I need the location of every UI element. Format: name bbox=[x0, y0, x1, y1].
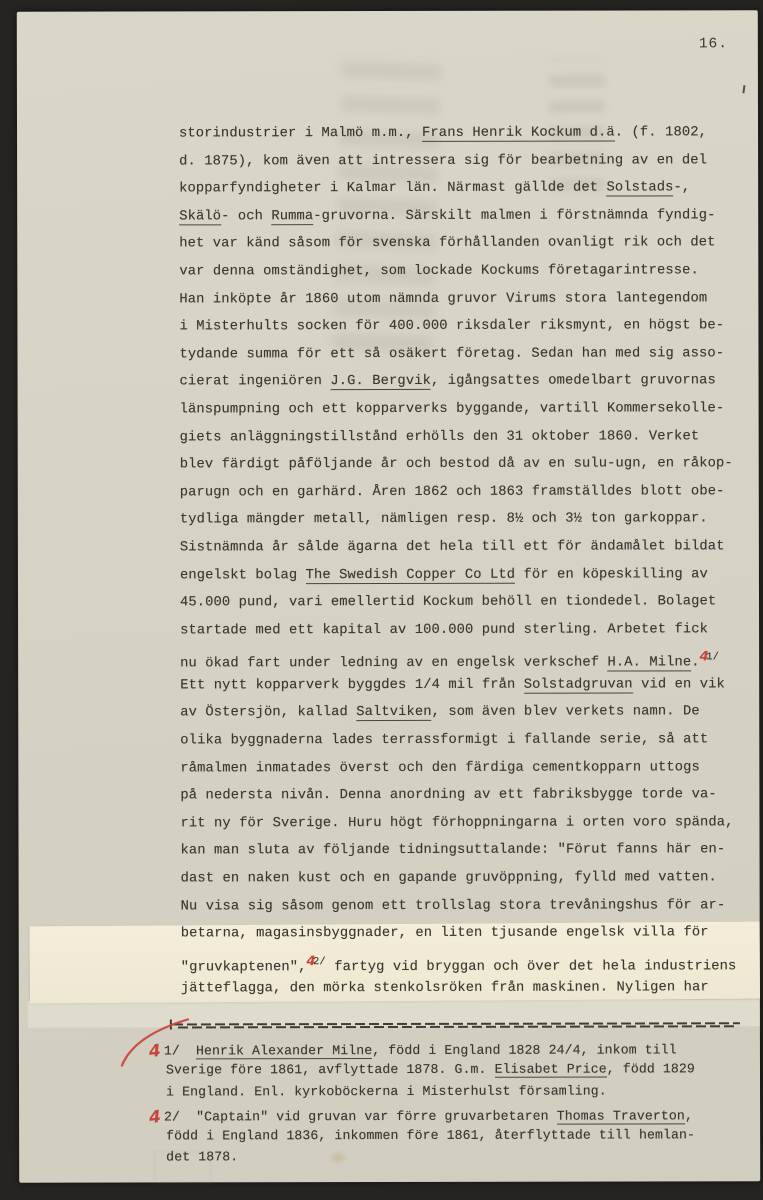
text-line: i Misterhults socken för 400.000 riksdal… bbox=[179, 318, 735, 347]
text-line: betarna, magasinsbyggnader, en liten tju… bbox=[181, 925, 737, 954]
text-line: blev färdigt påföljande år och bestod då… bbox=[180, 456, 736, 485]
underlined-text-segment: Saltviken bbox=[356, 705, 431, 721]
text-line: 41/ Henrik Alexander Milne, född i Engla… bbox=[166, 1040, 695, 1062]
text-segment: Han inköpte år 1860 utom nämnda gruvor V… bbox=[179, 291, 707, 307]
underlined-text-segment: Frans Henrik Kockum d.ä bbox=[422, 126, 615, 142]
text-segment: rit ny för Sverige. Huru högt förhoppnin… bbox=[180, 815, 733, 831]
text-line: olika byggnaderna lades terrassformigt i… bbox=[180, 732, 736, 761]
text-line: 45.000 pund, vari emellertid Kockum behö… bbox=[180, 594, 736, 623]
text-segment: dast en naken kust och en gapande gruvöp… bbox=[181, 870, 717, 886]
text-segment: Sverige före 1861, avflyttade 1878. G.m. bbox=[166, 1062, 495, 1078]
body-text: storindustrier i Malmö m.m., Frans Henri… bbox=[179, 125, 737, 1009]
text-line: 42/ "Captain" vid gruvan var förre gruva… bbox=[166, 1106, 695, 1128]
text-line: råmalmen inmatades överst och den färdig… bbox=[180, 760, 736, 789]
text-segment: blev färdigt påföljande år och bestod då… bbox=[180, 456, 733, 472]
text-line: var denna omständighet, som lockade Kock… bbox=[179, 263, 735, 292]
text-segment: , som även blev verkets namn. De bbox=[432, 705, 700, 721]
text-line: kan man sluta av följande tidningsuttala… bbox=[181, 843, 737, 872]
text-line: d. 1875), kom även att intressera sig fö… bbox=[179, 153, 735, 182]
text-line: nu ökad fart under ledning av en engelsk… bbox=[180, 650, 736, 679]
text-line: i England. Enl. kyrkoböckerna i Misterhu… bbox=[166, 1083, 695, 1105]
text-segment: länspumpning och ett kopparverks byggand… bbox=[180, 401, 725, 417]
text-segment: vid en vik bbox=[633, 677, 725, 692]
text-line: länspumpning och ett kopparverks byggand… bbox=[180, 401, 736, 430]
document-page: 16. storindustrier i Malmö m.m., Frans H… bbox=[17, 10, 760, 1183]
text-line: parugn och en garhärd. Åren 1862 och 186… bbox=[180, 484, 736, 513]
text-segment: råmalmen inmatades överst och den färdig… bbox=[180, 760, 700, 776]
underlined-text-segment: The Swedish Copper Co Ltd bbox=[306, 567, 516, 583]
page-number: 16. bbox=[699, 36, 728, 52]
underlined-text-segment: Solstads bbox=[606, 181, 673, 197]
text-segment: på nedersta nivån. Denna anordning av et… bbox=[180, 788, 716, 804]
text-line: dast en naken kust och en gapande gruvöp… bbox=[181, 870, 737, 899]
text-segment: , igångsattes omedelbart gruvornas bbox=[431, 374, 716, 390]
scan-background: 16. storindustrier i Malmö m.m., Frans H… bbox=[0, 0, 763, 1200]
text-line: tydande summa för ett så osäkert företag… bbox=[179, 346, 735, 375]
text-segment: kopparfyndigheter i Kalmar län. Närmast … bbox=[179, 181, 606, 197]
text-line: kopparfyndigheter i Kalmar län. Närmast … bbox=[179, 180, 735, 209]
text-segment: 2/ bbox=[313, 956, 326, 968]
footnote: 42/ "Captain" vid gruvan var förre gruva… bbox=[166, 1106, 695, 1171]
text-segment: Nu visa sig såsom genom ett trollslag st… bbox=[181, 898, 726, 914]
text-line: giets anläggningstillstånd erhölls den 3… bbox=[180, 429, 736, 458]
text-line: jätteflagga, den mörka stenkolsröken frå… bbox=[181, 981, 737, 1010]
text-segment: född i England 1836, inkommen före 1861,… bbox=[166, 1128, 695, 1144]
text-segment: cierat ingeniören bbox=[180, 374, 331, 389]
text-segment: . (f. 1802, bbox=[615, 125, 707, 140]
underlined-text-segment: Thomas Traverton bbox=[557, 1108, 685, 1124]
text-segment: jätteflagga, den mörka stenkolsröken frå… bbox=[181, 981, 709, 997]
footnote: 41/ Henrik Alexander Milne, född i Engla… bbox=[166, 1040, 695, 1105]
text-line: Sverige före 1861, avflyttade 1878. G.m.… bbox=[166, 1062, 695, 1084]
text-segment: d. 1875), kom även att intressera sig fö… bbox=[179, 153, 707, 169]
underlined-text-segment: Rumma bbox=[271, 209, 313, 225]
text-segment: var denna omständighet, som lockade Kock… bbox=[179, 263, 699, 279]
red-handwritten-annotation: 4 bbox=[148, 1041, 162, 1062]
text-segment: Sistnämnda år sålde ägarna det hela till… bbox=[180, 539, 725, 555]
text-segment: 1/ bbox=[706, 652, 719, 664]
underlined-text-segment: J.G. Bergvik bbox=[330, 374, 431, 390]
underlined-text-segment: Solstadgruvan bbox=[524, 677, 633, 693]
underlined-text-segment: Skälö bbox=[179, 209, 221, 225]
text-line: storindustrier i Malmö m.m., Frans Henri… bbox=[179, 125, 735, 154]
text-segment: , bbox=[685, 1108, 693, 1123]
text-segment: 2/ "Captain" vid gruvan var förre gruvar… bbox=[164, 1109, 557, 1125]
text-segment: . bbox=[691, 656, 699, 671]
text-segment: i Misterhults socken för 400.000 riksdal… bbox=[179, 318, 724, 334]
text-segment: , född i England 1828 24/4, inkom till bbox=[372, 1042, 677, 1058]
text-segment: "gruvkaptenen", bbox=[181, 960, 307, 975]
separator-dash-row bbox=[178, 1025, 736, 1028]
text-segment: tydliga mängder metall, nämligen resp. 8… bbox=[180, 512, 708, 528]
footnote-list: 41/ Henrik Alexander Milne, född i Engla… bbox=[166, 1040, 695, 1173]
text-segment: -gruvorna. Särskilt malmen i förstnämnda… bbox=[313, 208, 715, 224]
paper-stain bbox=[328, 1150, 348, 1165]
text-segment: - och bbox=[221, 209, 271, 224]
text-segment: nu ökad fart under ledning av en engelsk… bbox=[180, 656, 607, 672]
text-segment: parugn och en garhärd. Åren 1862 och 186… bbox=[180, 484, 725, 500]
underlined-text-segment: H.A. Milne bbox=[607, 656, 691, 672]
text-line: på nedersta nivån. Denna anordning av et… bbox=[180, 788, 736, 817]
text-line: "gruvkaptenen",42/ fartyg vid bryggan oc… bbox=[181, 953, 737, 982]
footnote-separator bbox=[173, 1022, 740, 1028]
text-segment: -, bbox=[674, 181, 691, 196]
text-segment: engelskt bolag bbox=[180, 568, 306, 583]
text-line: tydliga mängder metall, nämligen resp. 8… bbox=[180, 512, 736, 541]
text-segment: 1/ bbox=[164, 1043, 196, 1058]
text-line: Ett nytt kopparverk byggdes 1/4 mil från… bbox=[180, 677, 736, 706]
text-segment: , född 1829 bbox=[607, 1062, 695, 1077]
text-segment: det 1878. bbox=[166, 1150, 238, 1165]
text-line: Han inköpte år 1860 utom nämnda gruvor V… bbox=[179, 291, 735, 320]
text-segment: i England. Enl. kyrkoböckerna i Misterhu… bbox=[166, 1083, 607, 1099]
text-line: startade med ett kapital av 100.000 pund… bbox=[180, 622, 736, 651]
text-line: av Östersjön, kallad Saltviken, som även… bbox=[180, 705, 736, 734]
text-segment: giets anläggningstillstånd erhölls den 3… bbox=[180, 429, 700, 445]
text-segment: storindustrier i Malmö m.m., bbox=[179, 126, 422, 142]
text-line: engelskt bolag The Swedish Copper Co Ltd… bbox=[180, 567, 736, 596]
text-line: född i England 1836, inkommen före 1861,… bbox=[166, 1128, 695, 1150]
text-segment: olika byggnaderna lades terrassformigt i… bbox=[180, 732, 708, 748]
text-segment: Ett nytt kopparverk byggdes 1/4 mil från bbox=[180, 678, 524, 694]
text-line: cierat ingeniören J.G. Bergvik, igångsat… bbox=[180, 374, 736, 403]
text-line: het var känd såsom för svenska förhållan… bbox=[179, 236, 735, 265]
text-segment: för en köpeskilling av bbox=[515, 567, 708, 582]
paper-edge-mark bbox=[742, 85, 745, 93]
text-line: Skälö- och Rumma-gruvorna. Särskilt malm… bbox=[179, 208, 735, 237]
text-segment: startade med ett kapital av 100.000 pund… bbox=[180, 622, 708, 638]
text-segment: fartyg vid bryggan och över det hela ind… bbox=[326, 959, 737, 975]
text-line: det 1878. bbox=[166, 1149, 695, 1171]
underlined-text-segment: Henrik Alexander Milne bbox=[196, 1043, 372, 1059]
text-segment: av Östersjön, kallad bbox=[180, 706, 356, 721]
text-line: Sistnämnda år sålde ägarna det hela till… bbox=[180, 539, 736, 568]
text-line: Nu visa sig såsom genom ett trollslag st… bbox=[181, 898, 737, 927]
text-segment: het var känd såsom för svenska förhållan… bbox=[179, 236, 715, 252]
red-handwritten-annotation: 4 bbox=[148, 1107, 162, 1128]
text-segment: kan man sluta av följande tidningsuttala… bbox=[181, 843, 726, 859]
text-line: rit ny för Sverige. Huru högt förhoppnin… bbox=[180, 815, 736, 844]
underlined-text-segment: Elisabet Price bbox=[495, 1062, 607, 1078]
text-segment: betarna, magasinsbyggnader, en liten tju… bbox=[181, 926, 709, 942]
text-segment: 45.000 pund, vari emellertid Kockum behö… bbox=[180, 594, 716, 610]
text-segment: tydande summa för ett så osäkert företag… bbox=[179, 346, 724, 362]
